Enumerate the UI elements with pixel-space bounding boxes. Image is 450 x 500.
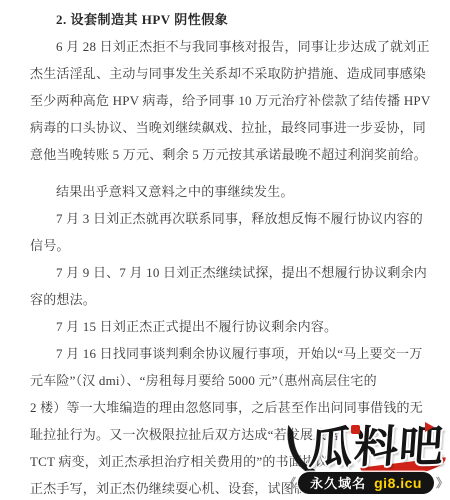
text-line: 至少两种高危 HPV 病毒，给予同事 10 万元治疗补偿款了结传播 HPV <box>30 87 420 114</box>
text-line: 正杰手写，刘正杰仍继续耍心机、设套，试图制造同 <box>30 475 420 500</box>
text-line: 意他当晚转账 5 万元、剩余 5 万元按其承诺最晚不超过利润奖前给。 <box>30 141 420 168</box>
text-line: 7 月 3 日刘正杰就再次联系同事，释放想反悔不履行协议内容的 <box>30 205 420 232</box>
document-page: 2. 设套制造其 HPV 阴性假象 6 月 28 日刘正杰拒不与我同事核对报告，… <box>0 0 450 500</box>
text-line: 病毒的口头协议、当晚刘继续飙戏、拉扯，最终同事进一步妥协，同 <box>30 114 420 141</box>
text-line: TCT 病变，刘正杰承担治疗相关费用的”的书面协议 <box>30 448 420 475</box>
text-line: 元车险”（汉 dmi）、“房租每月要给 5000 元”（惠州高层住宅的 <box>30 367 420 394</box>
text-line: 容的想法。 <box>30 286 420 313</box>
text-line: 6 月 28 日刘正杰拒不与我同事核对报告，同事让步达成了就刘正 <box>30 33 420 60</box>
text-line: 7 月 9 日、7 月 10 日刘正杰继续试探，提出不想履行协议剩余内 <box>30 259 420 286</box>
text-line: 2 楼）等一大堆编造的理由忽悠同事，之后甚至作出问同事借钱的无 <box>30 394 420 421</box>
text-line: 7 月 16 日找同事谈判剩余协议履行事项，开始以“马上要交一万 <box>30 340 420 367</box>
section-heading: 2. 设套制造其 HPV 阴性假象 <box>30 6 420 33</box>
text-line: 7 月 15 日刘正杰正式提出不履行协议剩余内容。 <box>30 313 420 340</box>
text-line: 信号。 <box>30 232 420 259</box>
text-line: 耻拉扯行为。又一次极限拉扯后双方达成“若发展成宫 <box>30 421 420 448</box>
text-line: 杰生活淫乱、主动与同事发生关系却不采取防护措施、造成同事感染 <box>30 60 420 87</box>
text-line: 结果出乎意料又意料之中的事继续发生。 <box>30 178 420 205</box>
